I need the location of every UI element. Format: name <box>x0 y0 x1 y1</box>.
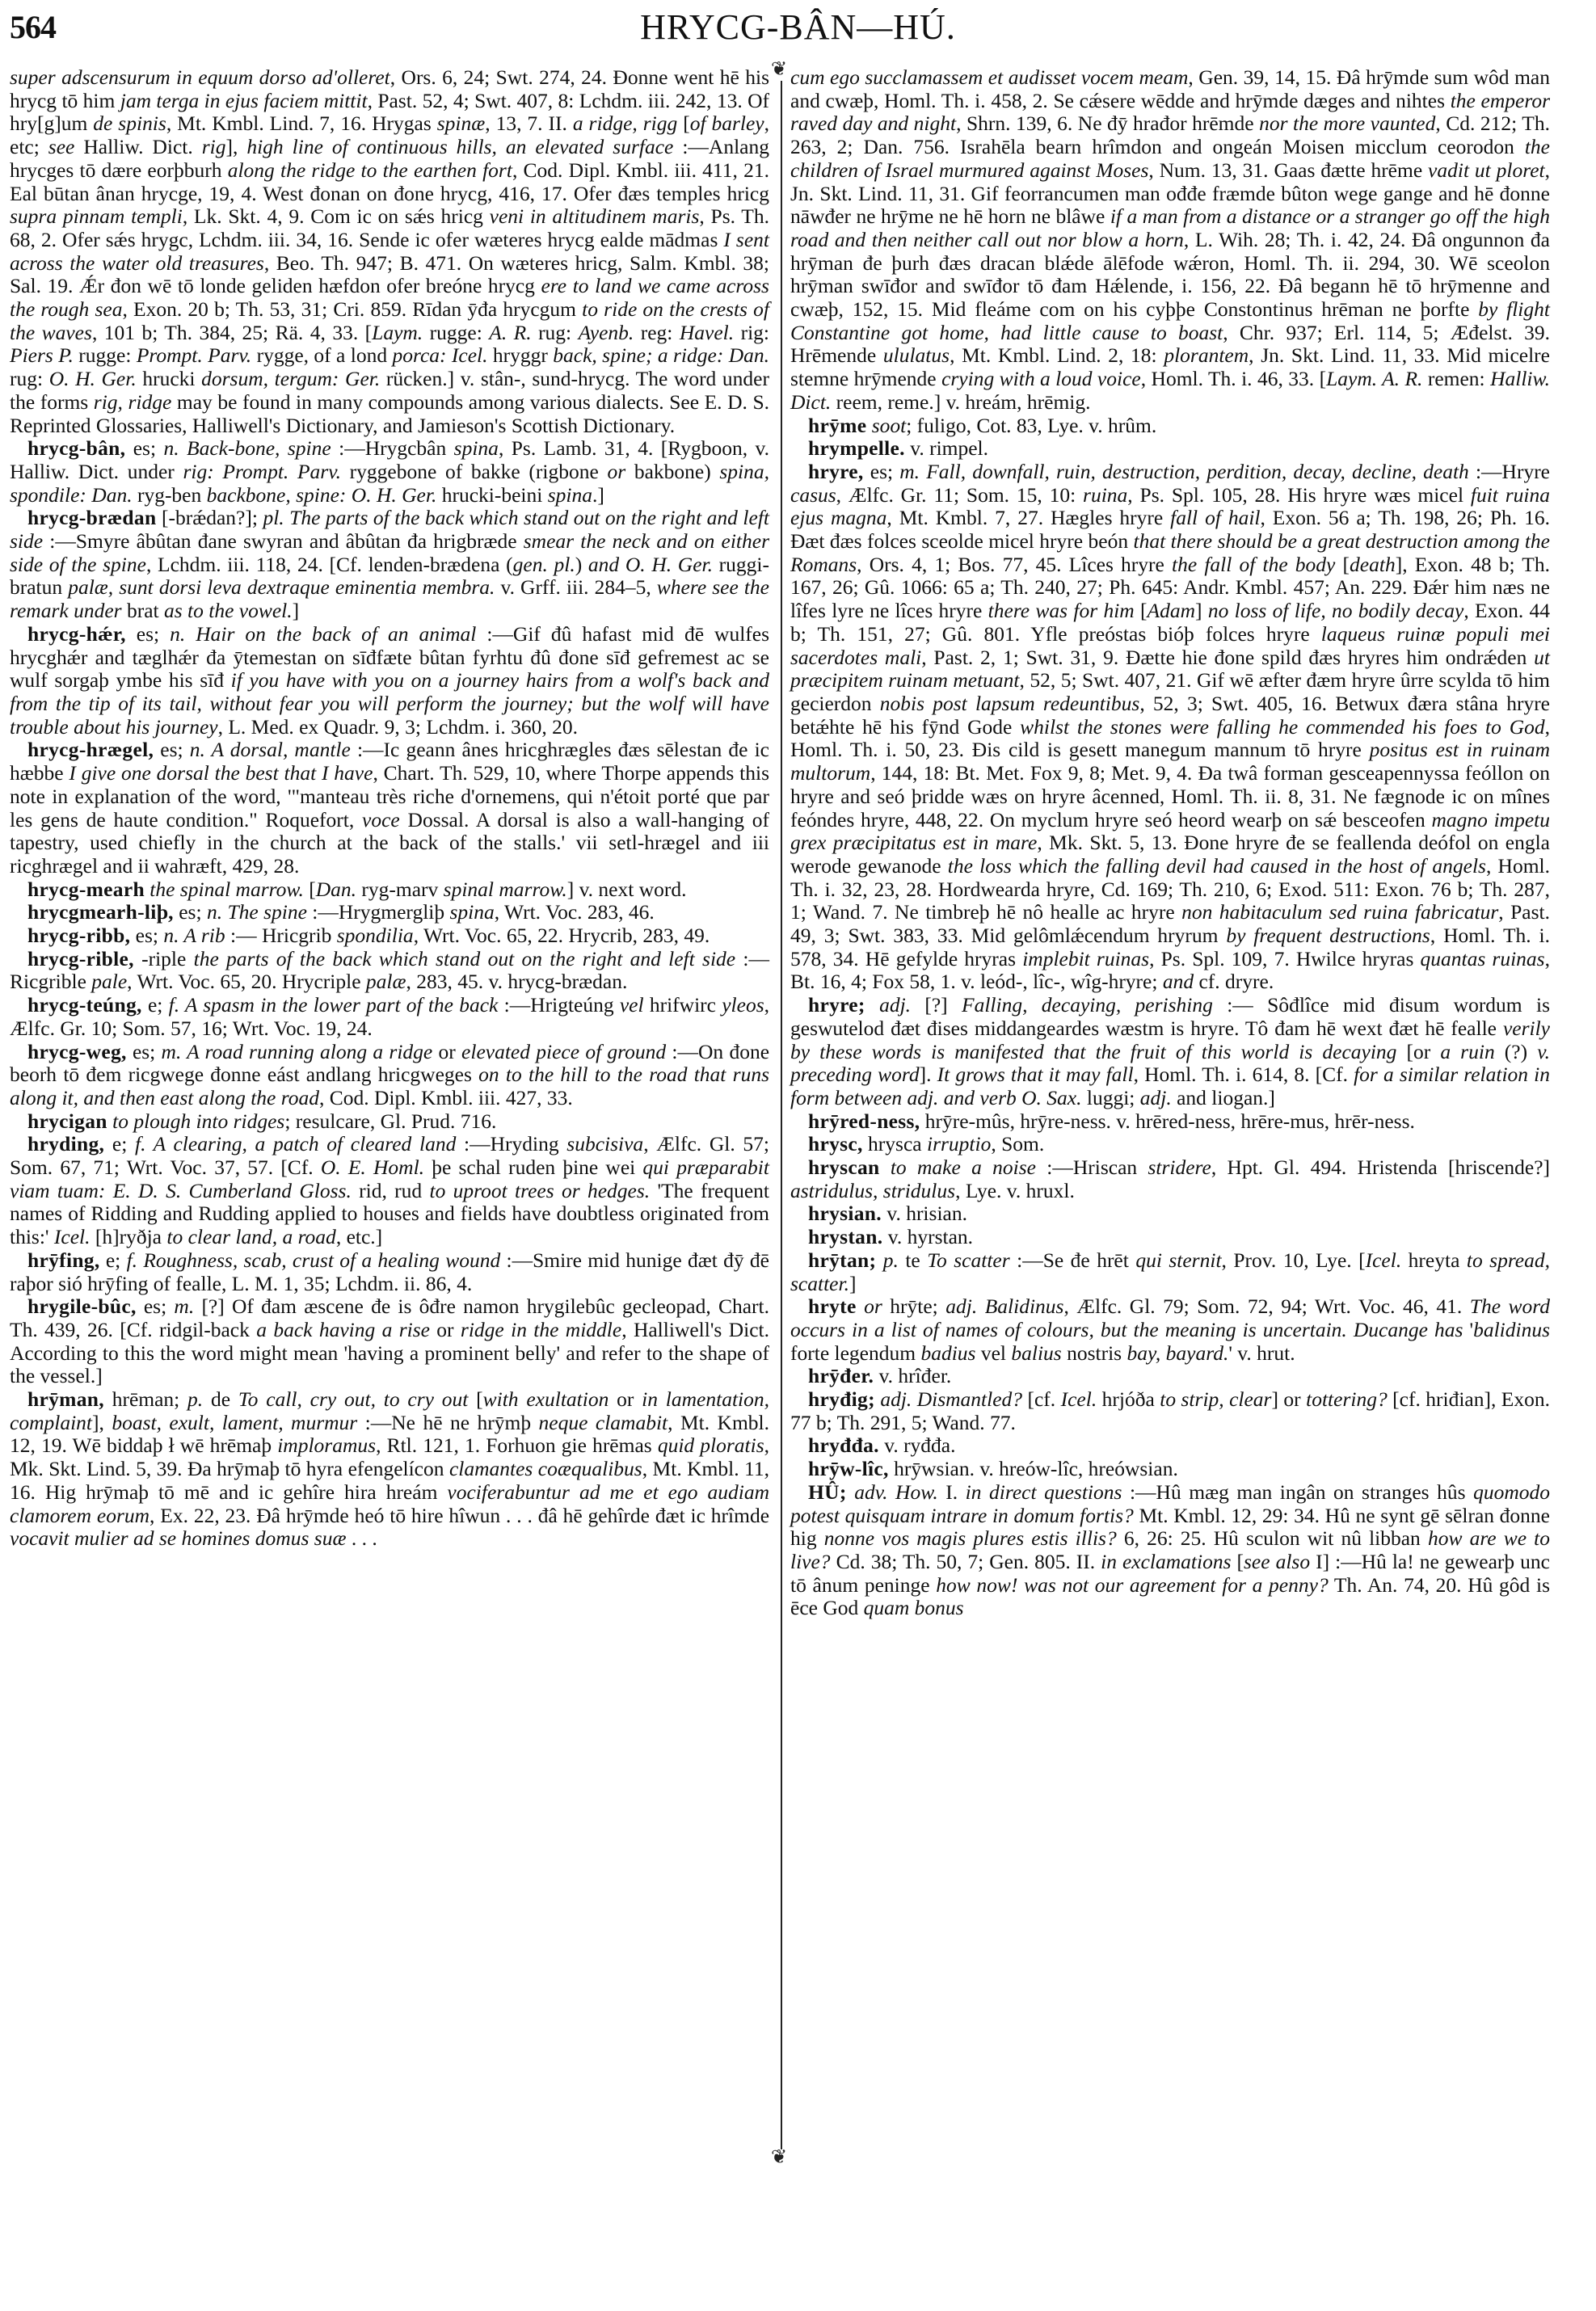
dictionary-entry: hryding, e; f. A clearing, a patch of cl… <box>10 1133 769 1249</box>
italic-gloss: the fall of the body <box>1172 553 1335 576</box>
headword: hrystan. <box>808 1225 882 1248</box>
entry-text: [?] <box>911 993 962 1017</box>
italic-gloss: balidinus <box>1473 1318 1550 1341</box>
italic-gloss: see <box>48 135 75 158</box>
entry-text: , Mt. Kmbl. Lind. 7, 16. Hrygas <box>166 112 437 135</box>
italic-gloss: m. <box>174 1294 194 1318</box>
headword: hrȳtan; <box>808 1248 876 1272</box>
headword: hrycg-ribb, <box>27 924 130 947</box>
entry-text: :—Smyre âbûtan đane swyran and âbûtan đa… <box>43 529 524 553</box>
entry-text: , Prov. 10, Lye. [ <box>1222 1248 1366 1272</box>
entry-text: ], <box>225 135 246 158</box>
entry-text: rugge: <box>74 343 137 367</box>
headword: hrȳw-lîc, <box>808 1457 889 1480</box>
entry-text: remen: <box>1422 367 1490 390</box>
italic-gloss: spina <box>548 483 592 507</box>
italic-gloss: balius <box>1011 1341 1061 1365</box>
entry-text: , 101 b; Th. 384, 25; Rä. 4, 33. [ <box>92 321 372 344</box>
italic-gloss: vel <box>620 993 644 1017</box>
entry-text: :—Se đe hrēt <box>1010 1248 1136 1272</box>
entry-text: luggi; <box>1081 1086 1139 1109</box>
entry-text: bakbone) <box>625 460 719 483</box>
entry-text: , Homl. Th. i. 46, 33. [ <box>1141 367 1326 390</box>
entry-text: hrysca <box>863 1132 927 1155</box>
entry-text: ryg-ben <box>133 483 207 507</box>
headword: hrycg-weg, <box>27 1040 127 1063</box>
entry-text: , Lye. v. hruxl. <box>955 1179 1075 1202</box>
italic-gloss: It grows that it may fall <box>937 1063 1134 1086</box>
italic-gloss: n. A dorsal, mantle <box>190 738 351 761</box>
dictionary-entry: hryđđa. v. ryđđa. <box>790 1434 1550 1458</box>
entry-text: , Num. 13, 31. Gaas đætte hrēme <box>1148 158 1428 182</box>
italic-gloss: spina <box>454 436 499 460</box>
entry-text: or <box>432 1040 461 1063</box>
entry-text: ; fuligo, Cot. 83, Lye. v. hrûm. <box>906 414 1156 437</box>
italic-gloss: Ayenb. <box>579 321 634 344</box>
italic-gloss: Icel. <box>54 1225 91 1248</box>
entry-text: es; <box>125 436 163 460</box>
entry-text: I. <box>938 1480 966 1504</box>
italic-gloss: yleos <box>722 993 764 1017</box>
italic-gloss: n. A rib <box>163 924 225 947</box>
dictionary-entry: hrycg-hǽr, es; n. Hair on the back of an… <box>10 623 769 739</box>
entry-text: :—Hrygcbân <box>331 436 454 460</box>
italic-gloss: in direct questions <box>966 1480 1122 1504</box>
italic-gloss: quid ploratis <box>658 1433 764 1457</box>
entry-text: hrjóða <box>1097 1387 1160 1411</box>
entry-text <box>847 1480 855 1504</box>
italic-gloss: or <box>864 1294 882 1318</box>
entry-text: e; <box>100 1248 127 1272</box>
entry-text: .] <box>592 483 604 507</box>
entry-text: :—Hû mæg man ingân on stranges hûs <box>1122 1480 1473 1504</box>
dictionary-entry: hrycg-mearh the spinal marrow. [Dan. ryg… <box>10 878 769 902</box>
italic-gloss: along the ridge to the earthen fort <box>228 158 512 182</box>
dictionary-entry: hrycg-brædan [-brǽdan?]; pl. The parts o… <box>10 507 769 623</box>
entry-text: cf. dryre. <box>1194 970 1274 993</box>
entry-text: þe schal ruden þine wei <box>424 1155 642 1179</box>
entry-text: , Lchdm. iii. 118, 24. [Cf. lenden-bræde… <box>146 553 513 576</box>
entry-text: 6, 26: 25. Hû sculon wit nû libban <box>1117 1526 1428 1550</box>
entry-text: e; <box>142 993 169 1017</box>
entry-text: , Wrt. Voc. 65, 22. Hrycrib, 283, 49. <box>414 924 710 947</box>
entry-text: hrēman; <box>104 1387 187 1411</box>
entry-text: ryg-marv <box>356 878 444 901</box>
dictionary-entry: hrȳred-ness, hrȳre-mûs, hrȳre-ness. v. h… <box>790 1110 1550 1134</box>
italic-gloss: backbone, spine: O. H. Ger. <box>207 483 437 507</box>
dictionary-entry: hrycg-weg, es; m. A road running along a… <box>10 1041 769 1110</box>
italic-gloss: adv. How. <box>854 1480 938 1504</box>
italic-gloss: p. <box>187 1387 203 1411</box>
column-divider <box>781 81 782 2149</box>
dictionary-entry: hrȳme soot; fuligo, Cot. 83, Lye. v. hrû… <box>790 415 1550 438</box>
entry-text: , Ors. 4, 1; Bos. 77, 45. Lîces hryre <box>857 553 1172 576</box>
entry-text <box>865 993 879 1017</box>
headword: hrycg-rible, <box>27 947 134 970</box>
italic-gloss: how now! was not our agreement for a pen… <box>936 1573 1328 1597</box>
dictionary-entry: hrycg-hrægel, es; n. A dorsal, mantle :—… <box>10 739 769 878</box>
entry-text: ]. <box>920 1063 937 1086</box>
entry-text: , Som. <box>991 1132 1044 1155</box>
italic-gloss: by frequent destructions <box>1226 924 1430 947</box>
dictionary-entry: hrȳtan; p. te To scatter :—Se đe hrēt qu… <box>790 1249 1550 1295</box>
italic-gloss: pale <box>91 970 127 993</box>
entry-text: , Wrt. Voc. 65, 20. Hrycriple <box>127 970 366 993</box>
headword: hrycg-mearh <box>27 878 145 901</box>
italic-gloss: of barley <box>690 112 764 135</box>
entry-text: :— Hricgrib <box>225 924 337 947</box>
entry-text: forte legendum <box>790 1341 920 1365</box>
entry-text: , Ælfc. Gl. 79; Som. 72, 94; Wrt. Voc. 4… <box>1063 1294 1469 1318</box>
entry-text: [h]ryðja <box>91 1225 167 1248</box>
entry-text: hrifwirc <box>644 993 722 1017</box>
italic-gloss: f. Roughness, scab, crust of a healing w… <box>127 1248 501 1272</box>
dictionary-entry: HÛ; adv. How. I. in direct questions :—H… <box>790 1481 1550 1620</box>
italic-gloss: irruptio <box>927 1132 991 1155</box>
entry-text: rug: <box>10 367 49 390</box>
headword: hrygile-bûc, <box>27 1294 137 1318</box>
entry-text: and liogan.] <box>1172 1086 1275 1109</box>
italic-gloss: veni in altitudinem maris <box>490 204 700 228</box>
entry-text: te <box>899 1248 927 1272</box>
entry-text: or <box>609 1387 642 1411</box>
italic-gloss: the parts of the back which stand out on… <box>194 947 736 970</box>
italic-gloss: Dan. <box>316 878 356 901</box>
entry-text: es; <box>174 900 207 924</box>
headword: hrysc, <box>808 1132 863 1155</box>
italic-gloss: with exultation <box>483 1387 609 1411</box>
entry-continuation: super adscensurum in equum dorso ad'olle… <box>10 66 769 437</box>
left-column: super adscensurum in equum dorso ad'olle… <box>10 66 769 1551</box>
italic-gloss: voce <box>362 808 400 831</box>
italic-gloss: ululatus <box>883 343 950 367</box>
headword: hrycg-teúng, <box>27 993 142 1017</box>
italic-gloss: in exclamations <box>1101 1550 1231 1573</box>
headword: hrycigan <box>27 1109 107 1133</box>
entry-text <box>880 1155 891 1179</box>
italic-gloss: nor the more vaunted <box>1259 112 1435 135</box>
entry-text: hrȳte; <box>882 1294 945 1318</box>
italic-gloss: high line of continuous hills, an elevat… <box>246 135 673 158</box>
italic-gloss: the loss which the falling devil had cau… <box>948 854 1486 878</box>
italic-gloss: to strip, clear <box>1160 1387 1271 1411</box>
italic-gloss: dorsum, tergum: Ger. <box>201 367 380 390</box>
headword: hrysian. <box>808 1202 882 1225</box>
italic-gloss: supra pinnam templi <box>10 204 183 228</box>
italic-gloss: n. The spine <box>207 900 307 924</box>
headword: hrympelle. <box>808 436 905 460</box>
italic-gloss: the spinal marrow. <box>149 878 304 901</box>
entry-text: [ <box>1335 553 1350 576</box>
dictionary-entry: hrycigan to plough into ridges; resulcar… <box>10 1110 769 1134</box>
entry-text: [ <box>468 1387 482 1411</box>
italic-gloss: rig <box>202 135 226 158</box>
entry-text: v. hrisian. <box>882 1202 967 1225</box>
italic-gloss: or <box>607 460 625 483</box>
entry-text: rig: <box>734 321 769 344</box>
entry-text: hrȳwsian. v. hreów-lîc, hreówsian. <box>889 1457 1178 1480</box>
entry-text: [cf. <box>1022 1387 1061 1411</box>
entry-text: , etc.] <box>336 1225 382 1248</box>
italic-gloss: cum ego succlamassem et audisset vocem m… <box>790 65 1188 89</box>
entry-text: brat <box>122 599 164 622</box>
entry-text: vel <box>975 1341 1011 1365</box>
italic-gloss: p. <box>883 1248 899 1272</box>
entry-text: es; <box>127 1040 162 1063</box>
entry-text: Cd. 38; Th. 50, 7; Gen. 805. II. <box>831 1550 1101 1573</box>
italic-gloss: spina <box>450 900 495 924</box>
dictionary-entry: hrȳfing, e; f. Roughness, scab, crust of… <box>10 1249 769 1295</box>
entry-text: , Ps. Spl. 105, 28. His hryre wæs micel <box>1127 483 1471 507</box>
italic-gloss: and O. H. Ger. <box>588 553 713 576</box>
italic-gloss: Icel. <box>1366 1248 1402 1272</box>
headword: hrȳme <box>808 414 866 437</box>
headword: hrycgmearh-liþ, <box>27 900 174 924</box>
entry-text: rugge: <box>423 321 489 344</box>
italic-gloss: O. E. Homl. <box>321 1155 424 1179</box>
entry-text: , Shrn. 139, 6. Ne đȳ hrađor hrēmde <box>956 112 1259 135</box>
entry-text: ' v. hrut. <box>1228 1341 1295 1365</box>
dictionary-entry: hryte or hrȳte; adj. Balidinus, Ælfc. Gl… <box>790 1295 1550 1365</box>
entry-text: v. rimpel. <box>905 436 988 460</box>
italic-gloss: to clear land, a road <box>166 1225 335 1248</box>
dictionary-entry: hryscan to make a noise :—Hriscan stride… <box>790 1156 1550 1202</box>
headword: hryre, <box>808 460 864 483</box>
entry-text: , Wrt. Voc. 283, 46. <box>495 900 655 924</box>
italic-gloss: badius <box>920 1341 975 1365</box>
entry-text: rygge, of a lond <box>251 343 392 367</box>
entry-text: or <box>430 1318 461 1341</box>
italic-gloss: elevated piece of ground <box>461 1040 666 1063</box>
italic-gloss: f. A spasm in the lower part of the back <box>169 993 499 1017</box>
entry-text: (?) <box>1495 1040 1537 1063</box>
entry-text: e; <box>104 1132 135 1155</box>
entry-text: , Mt. Kmbl. 7, 27. Hægles hryre <box>886 506 1170 529</box>
entry-text: es; <box>130 924 163 947</box>
entry-text: ' <box>1463 1318 1473 1341</box>
italic-gloss: clamantes coæqualibus <box>449 1457 642 1480</box>
italic-gloss: spinal marrow. <box>444 878 567 901</box>
headword: hrȳman, <box>27 1387 104 1411</box>
entry-text: , Ælfc. Gr. 11; Som. 15, 10: <box>836 483 1083 507</box>
entry-text: v. ryđđa. <box>879 1433 956 1457</box>
dictionary-entry: hryre, es; m. Fall, downfall, ruin, dest… <box>790 461 1550 994</box>
italic-gloss: imploramus <box>277 1433 376 1457</box>
italic-gloss: To call, cry out, to cry out <box>238 1387 468 1411</box>
entry-text <box>876 1248 882 1272</box>
dictionary-entry: hrygile-bûc, es; m. [?] Of đam æscene đe… <box>10 1295 769 1388</box>
headword: hryding, <box>27 1132 104 1155</box>
italic-gloss: to plough into ridges <box>112 1109 284 1133</box>
entry-text: [ <box>304 878 316 901</box>
headword: hrycg-brædan <box>27 506 156 529</box>
italic-gloss: vocavit mulier ad se homines domus suæ <box>10 1526 346 1550</box>
entry-text: [-brǽdan?]; <box>156 506 263 529</box>
italic-gloss: palæ <box>366 970 406 993</box>
running-head: HRYCG-BÂN—HÚ. <box>0 6 1596 48</box>
entry-text: reg: <box>634 321 680 344</box>
entry-text: [or <box>1396 1040 1440 1063</box>
headword: hryscan <box>808 1155 880 1179</box>
italic-gloss: Adam <box>1148 599 1196 622</box>
entry-text: nostris <box>1062 1341 1127 1365</box>
italic-gloss: death <box>1350 553 1396 576</box>
headword: hrȳred-ness, <box>808 1109 920 1133</box>
italic-gloss: qui sternit <box>1135 1248 1221 1272</box>
entry-text: , Cod. Dipl. Kmbl. iii. 427, 33. <box>319 1086 573 1109</box>
italic-gloss: O. H. Ger. <box>49 367 137 390</box>
italic-gloss: I give one dorsal the best that I have <box>69 761 373 785</box>
headword: hrycg-hrægel, <box>27 738 154 761</box>
italic-gloss: To scatter <box>927 1248 1009 1272</box>
italic-gloss: f. A clearing, a patch of cleared land <box>135 1132 456 1155</box>
italic-gloss: plorantem <box>1164 343 1249 367</box>
entry-text: -riple <box>134 947 194 970</box>
entry-text: hrucki-beini <box>436 483 547 507</box>
entry-text: ] or <box>1272 1387 1307 1411</box>
italic-gloss: to make a noise <box>891 1155 1036 1179</box>
headword: hryte <box>808 1294 857 1318</box>
entry-text: hrucki <box>137 367 201 390</box>
entry-text: , L. Med. ex Quadr. 9, 3; Lchdm. i. 360,… <box>218 715 578 739</box>
entry-text: ; resulcare, Gl. Prud. 716. <box>284 1109 496 1133</box>
italic-gloss: m. Fall, downfall, ruin, destruction, pe… <box>899 460 1469 483</box>
italic-gloss: gen. pl. <box>513 553 575 576</box>
dictionary-entry: hrysian. v. hrisian. <box>790 1202 1550 1226</box>
italic-gloss: spondilia <box>337 924 414 947</box>
italic-gloss: quam bonus <box>864 1596 964 1619</box>
italic-gloss: A. R. <box>489 321 531 344</box>
italic-gloss: ridge in the middle <box>461 1318 621 1341</box>
entry-text: hreyta <box>1401 1248 1467 1272</box>
italic-gloss: palæ, sunt dorsi leva dextraque eminenti… <box>68 575 495 599</box>
italic-gloss: nonne vos magis plures estis illis? <box>824 1526 1117 1550</box>
entry-text: v. hrîđer. <box>874 1364 951 1387</box>
entry-text: reem, reme.] v. hreám, hrēmig. <box>831 390 1090 414</box>
headword: hrȳđer. <box>808 1364 874 1387</box>
italic-gloss: nobis post lapsum redeuntibus <box>880 692 1140 715</box>
entry-text: ] <box>293 599 300 622</box>
italic-gloss: adj. Dismantled? <box>880 1387 1022 1411</box>
column-ornament-top-icon: ❦ <box>771 60 787 79</box>
entry-text: Halliw. Dict. <box>74 135 201 158</box>
italic-gloss: Icel. <box>1061 1387 1097 1411</box>
italic-gloss: implebit ruinas <box>1022 947 1149 970</box>
entry-text: , Ps. Spl. 109, 7. Hwilce hryras <box>1149 947 1420 970</box>
italic-gloss: a ruin <box>1440 1040 1494 1063</box>
italic-gloss: as to the vowel. <box>164 599 293 622</box>
italic-gloss: m. A road running along a ridge <box>162 1040 433 1063</box>
dictionary-entry: hrysc, hrysca irruptio, Som. <box>790 1133 1550 1156</box>
entry-text: es; <box>126 622 170 646</box>
italic-gloss: super adscensurum in equum dorso ad'olle… <box>10 65 390 89</box>
italic-gloss: no loss of life, no bodily decay <box>1208 599 1463 622</box>
entry-text: [ <box>1232 1550 1244 1573</box>
italic-gloss: de spinis <box>93 112 166 135</box>
entry-continuation: cum ego succlamassem et audisset vocem m… <box>790 66 1550 415</box>
entry-text: :—Hrygmergliþ <box>307 900 450 924</box>
entry-text: :—Hryre <box>1469 460 1550 483</box>
entry-text: de <box>203 1387 238 1411</box>
entry-text: [ <box>677 112 689 135</box>
italic-gloss: spinæ <box>437 112 486 135</box>
italic-gloss: porca: Icel. <box>392 343 487 367</box>
italic-gloss: back, spine; a ridge: Dan. <box>553 343 769 367</box>
entry-text: ] v. next word. <box>567 878 687 901</box>
italic-gloss: Laym. <box>372 321 423 344</box>
entry-text: ) <box>575 553 588 576</box>
italic-gloss: ruina <box>1083 483 1127 507</box>
dictionary-entry: hrȳw-lîc, hrȳwsian. v. hreów-lîc, hreóws… <box>790 1458 1550 1481</box>
column-ornament-bottom-icon: ❦ <box>771 2148 787 2167</box>
dictionary-entry: hrȳman, hrēman; p. de To call, cry out, … <box>10 1388 769 1551</box>
entry-text: , Past. 2, 1; Swt. 31, 9. Đætte hie đone… <box>921 646 1534 669</box>
italic-gloss: n. Hair on the back of an animal <box>170 622 476 646</box>
entry-text: ], <box>92 1411 112 1434</box>
italic-gloss: rig, ridge <box>94 390 172 414</box>
entry-text: ryggebone of bakke (rigbone <box>341 460 607 483</box>
italic-gloss: Laym. A. R. <box>1326 367 1422 390</box>
italic-gloss: Falling, decaying, perishing <box>962 993 1213 1017</box>
entry-text: es; <box>154 738 190 761</box>
entry-text: :—Hrigteúng <box>498 993 619 1017</box>
italic-gloss: see also <box>1244 1550 1310 1573</box>
dictionary-entry: hrympelle. v. rimpel. <box>790 437 1550 461</box>
italic-gloss: quantas ruinas <box>1421 947 1545 970</box>
dictionary-entry: hryđig; adj. Dismantled? [cf. Icel. hrjó… <box>790 1388 1550 1434</box>
entry-text: :—Hryding <box>456 1132 566 1155</box>
headword: hrȳfing, <box>27 1248 100 1272</box>
italic-gloss: crying with a loud voice <box>941 367 1141 390</box>
dictionary-entry: hrycg-teúng, e; f. A spasm in the lower … <box>10 994 769 1040</box>
entry-text: hrȳre-mûs, hrȳre-ness. v. hrēred-ness, h… <box>920 1109 1414 1133</box>
entry-text: :—Ne hē ne hrȳmþ <box>357 1411 538 1434</box>
italic-gloss: jam terga in ejus faciem mittit <box>120 89 368 112</box>
entry-text: , Ex. 22, 23. Đâ hrȳmde heó tō hire hîwu… <box>149 1504 769 1527</box>
entry-text: ] <box>849 1272 857 1295</box>
entry-text: v. Grff. iii. 284–5, <box>495 575 656 599</box>
italic-gloss: whilst the stones were falling he commen… <box>1020 715 1545 739</box>
entry-text: , Lk. Skt. 4, 9. Com ic on sǽs hricg <box>183 204 490 228</box>
entry-text: v. hyrstan. <box>882 1225 973 1248</box>
headword: hryre; <box>808 993 865 1017</box>
dictionary-entry: hrȳđer. v. hrîđer. <box>790 1365 1550 1388</box>
italic-gloss: bay, bayard. <box>1126 1341 1228 1365</box>
entry-text: es; <box>137 1294 175 1318</box>
italic-gloss: to uproot trees or hedges. <box>429 1179 650 1202</box>
headword: hryđig; <box>808 1387 875 1411</box>
headword: hrycg-hǽr, <box>27 622 126 646</box>
entry-text: , Rtl. 121, 1. Forhuon gie hrēmas <box>376 1433 658 1457</box>
entry-text: :—Hriscan <box>1036 1155 1148 1179</box>
entry-text: . . . <box>346 1526 377 1550</box>
entry-text: , Hpt. Gl. 494. Hristenda [hriscende?] <box>1211 1155 1550 1179</box>
italic-gloss: adj. Balidinus <box>945 1294 1063 1318</box>
italic-gloss: rig: Prompt. Parv. <box>183 460 341 483</box>
italic-gloss: Prompt. Parv. <box>137 343 251 367</box>
italic-gloss: fall of hail <box>1170 506 1260 529</box>
entry-text: es; <box>864 460 900 483</box>
dictionary-entry: hrycg-ribb, es; n. A rib :— Hricgrib spo… <box>10 924 769 948</box>
italic-gloss: a ridge, rigg <box>573 112 677 135</box>
italic-gloss: non habitaculum sed ruina fabricatur <box>1181 900 1498 924</box>
entry-text: , 13, 7. II. <box>485 112 573 135</box>
italic-gloss: neque clamabit <box>539 1411 668 1434</box>
italic-gloss: n. Back-bone, spine <box>163 436 331 460</box>
italic-gloss: astridulus, stridulus <box>790 1179 955 1202</box>
dictionary-entry: hrycg-rible, -riple the parts of the bac… <box>10 948 769 994</box>
italic-gloss: subcisiva <box>566 1132 643 1155</box>
